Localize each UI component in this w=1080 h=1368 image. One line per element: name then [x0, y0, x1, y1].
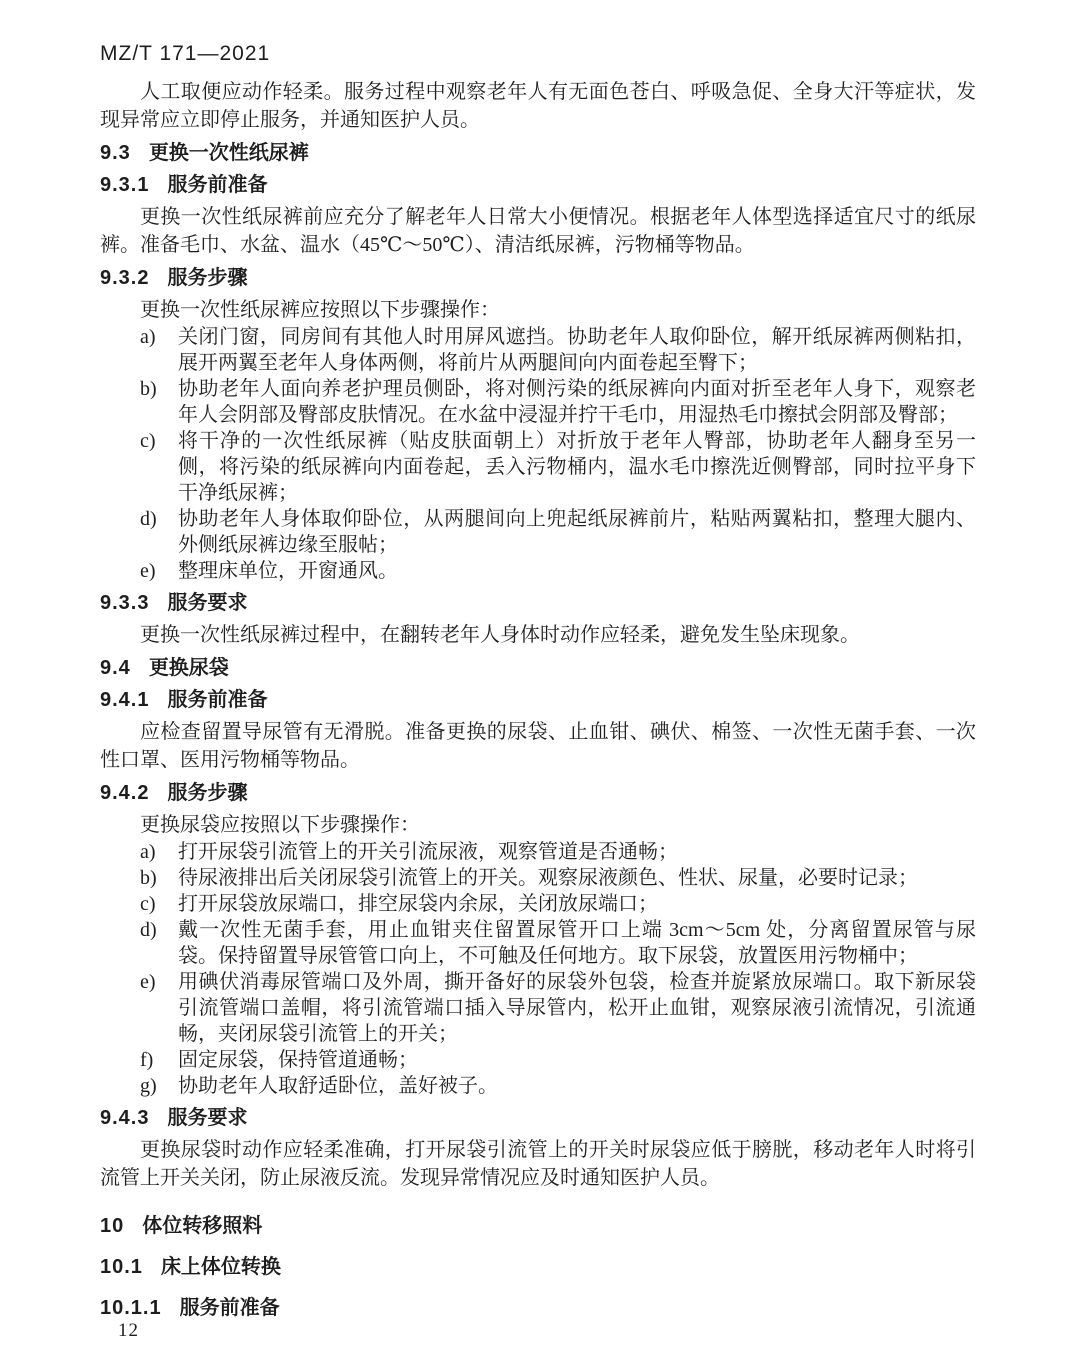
list-item: b) 协助老年人面向养老护理员侧卧，将对侧污染的纸尿裤向内面对折至老年人身下，观…	[100, 376, 976, 428]
list-item-label: c)	[140, 891, 178, 917]
list-item: c) 打开尿袋放尿端口，排空尿袋内余尿，关闭放尿端口；	[100, 891, 976, 917]
section-number: 9.4.2	[100, 782, 149, 804]
section-number: 9.3.1	[100, 174, 149, 196]
list-item-text: 协助老年人面向养老护理员侧卧，将对侧污染的纸尿裤向内面对折至老年人身下，观察老年…	[178, 376, 976, 428]
chapter-title: 体位转移照料	[142, 1215, 262, 1237]
list-item: a) 关闭门窗，同房间有其他人时用屏风遮挡。协助老年人取仰卧位，解开纸尿裤两侧粘…	[100, 324, 976, 376]
heading-10: 10体位转移照料	[100, 1214, 976, 1239]
list-item-text: 待尿液排出后关闭尿袋引流管上的开关。观察尿液颜色、性状、尿量，必要时记录；	[178, 865, 976, 891]
list-item-label: e)	[140, 558, 178, 584]
chapter-number: 10	[100, 1215, 124, 1237]
list-item: f) 固定尿袋，保持管道通畅；	[100, 1047, 976, 1073]
list-item: a) 打开尿袋引流管上的开关引流尿液，观察管道是否通畅；	[100, 839, 976, 865]
list-item: g) 协助老年人取舒适卧位，盖好被子。	[100, 1073, 976, 1099]
list-item-label: a)	[140, 324, 178, 376]
heading-9-4: 9.4更换尿袋	[100, 656, 976, 681]
heading-9-4-2: 9.4.2服务步骤	[100, 781, 976, 806]
section-title: 更换尿袋	[149, 657, 229, 679]
list-item-label: c)	[140, 428, 178, 506]
list-item-text: 固定尿袋，保持管道通畅；	[178, 1047, 976, 1073]
list-item-text: 协助老年人取舒适卧位，盖好被子。	[178, 1073, 976, 1099]
list-item: b) 待尿液排出后关闭尿袋引流管上的开关。观察尿液颜色、性状、尿量，必要时记录；	[100, 865, 976, 891]
heading-9-4-1: 9.4.1服务前准备	[100, 688, 976, 713]
list-item: d) 协助老年人身体取仰卧位，从两腿间向上兜起纸尿裤前片，粘贴两翼粘扣，整理大腿…	[100, 506, 976, 558]
list-item-text: 打开尿袋放尿端口，排空尿袋内余尿，关闭放尿端口；	[178, 891, 976, 917]
section-number: 10.1.1	[100, 1297, 162, 1319]
heading-9-4-3: 9.4.3服务要求	[100, 1106, 976, 1131]
heading-10-1: 10.1床上体位转换	[100, 1255, 976, 1280]
section-title: 服务要求	[167, 1107, 247, 1129]
section-number: 9.4.1	[100, 689, 149, 711]
steps-list-9-4-2: a) 打开尿袋引流管上的开关引流尿液，观察管道是否通畅； b) 待尿液排出后关闭…	[100, 839, 976, 1099]
list-item-label: e)	[140, 969, 178, 1047]
section-title: 服务前准备	[167, 174, 267, 196]
paragraph-9-4-3: 更换尿袋时动作应轻柔准确，打开尿袋引流管上的开关时尿袋应低于膀胱，移动老年人时将…	[100, 1136, 976, 1192]
list-item-label: g)	[140, 1073, 178, 1099]
list-item-text: 打开尿袋引流管上的开关引流尿液，观察管道是否通畅；	[178, 839, 976, 865]
list-item-label: b)	[140, 865, 178, 891]
list-item-text: 关闭门窗，同房间有其他人时用屏风遮挡。协助老年人取仰卧位，解开纸尿裤两侧粘扣，展…	[178, 324, 976, 376]
section-number: 9.3.3	[100, 592, 149, 614]
list-item: c) 将干净的一次性纸尿裤（贴皮肤面朝上）对折放于老年人臀部，协助老年人翻身至另…	[100, 428, 976, 506]
doc-code-header: MZ/T 171—2021	[100, 42, 976, 66]
list-item-text: 整理床单位，开窗通风。	[178, 558, 976, 584]
section-number: 10.1	[100, 1256, 143, 1278]
section-title: 服务前准备	[180, 1297, 280, 1319]
list-item: d) 戴一次性无菌手套，用止血钳夹住留置尿管开口上端 3cm～5cm 处，分离留…	[100, 917, 976, 969]
section-title: 服务前准备	[167, 689, 267, 711]
list-item-label: b)	[140, 376, 178, 428]
paragraph-9-3-3: 更换一次性纸尿裤过程中，在翻转老年人身体时动作应轻柔，避免发生坠床现象。	[100, 621, 976, 649]
section-number: 9.4.3	[100, 1107, 149, 1129]
list-item-text: 戴一次性无菌手套，用止血钳夹住留置尿管开口上端 3cm～5cm 处，分离留置尿管…	[178, 917, 976, 969]
section-number: 9.3	[100, 142, 131, 164]
section-number: 9.3.2	[100, 267, 149, 289]
list-item-text: 协助老年人身体取仰卧位，从两腿间向上兜起纸尿裤前片，粘贴两翼粘扣，整理大腿内、外…	[178, 506, 976, 558]
list-item-text: 用碘伏消毒尿管端口及外周，撕开备好的尿袋外包袋，检查并旋紧放尿端口。取下新尿袋引…	[178, 969, 976, 1047]
paragraph-9-3-1: 更换一次性纸尿裤前应充分了解老年人日常大小便情况。根据老年人体型选择适宜尺寸的纸…	[100, 203, 976, 259]
document-page: MZ/T 171—2021 人工取便应动作轻柔。服务过程中观察老年人有无面色苍白…	[0, 0, 1080, 1368]
paragraph-manual-stool-removal: 人工取便应动作轻柔。服务过程中观察老年人有无面色苍白、呼吸急促、全身大汗等症状，…	[100, 78, 976, 134]
section-title: 服务步骤	[167, 782, 247, 804]
list-item-label: f)	[140, 1047, 178, 1073]
heading-9-3-2: 9.3.2服务步骤	[100, 266, 976, 291]
paragraph-9-3-2-lead: 更换一次性纸尿裤应按照以下步骤操作：	[100, 296, 976, 324]
steps-list-9-3-2: a) 关闭门窗，同房间有其他人时用屏风遮挡。协助老年人取仰卧位，解开纸尿裤两侧粘…	[100, 324, 976, 584]
section-title: 服务要求	[167, 592, 247, 614]
heading-9-3-1: 9.3.1服务前准备	[100, 173, 976, 198]
heading-9-3: 9.3更换一次性纸尿裤	[100, 141, 976, 166]
section-title: 服务步骤	[167, 267, 247, 289]
paragraph-9-4-1: 应检查留置导尿管有无滑脱。准备更换的尿袋、止血钳、碘伏、棉签、一次性无菌手套、一…	[100, 718, 976, 774]
section-title: 床上体位转换	[161, 1256, 281, 1278]
page-number: 12	[118, 1320, 139, 1342]
paragraph-9-4-2-lead: 更换尿袋应按照以下步骤操作：	[100, 811, 976, 839]
heading-10-1-1: 10.1.1服务前准备	[100, 1296, 976, 1321]
section-title: 更换一次性纸尿裤	[149, 142, 309, 164]
list-item-text: 将干净的一次性纸尿裤（贴皮肤面朝上）对折放于老年人臀部，协助老年人翻身至另一侧，…	[178, 428, 976, 506]
list-item-label: d)	[140, 506, 178, 558]
list-item-label: d)	[140, 917, 178, 969]
list-item: e) 用碘伏消毒尿管端口及外周，撕开备好的尿袋外包袋，检查并旋紧放尿端口。取下新…	[100, 969, 976, 1047]
list-item-label: a)	[140, 839, 178, 865]
section-number: 9.4	[100, 657, 131, 679]
heading-9-3-3: 9.3.3服务要求	[100, 591, 976, 616]
list-item: e) 整理床单位，开窗通风。	[100, 558, 976, 584]
